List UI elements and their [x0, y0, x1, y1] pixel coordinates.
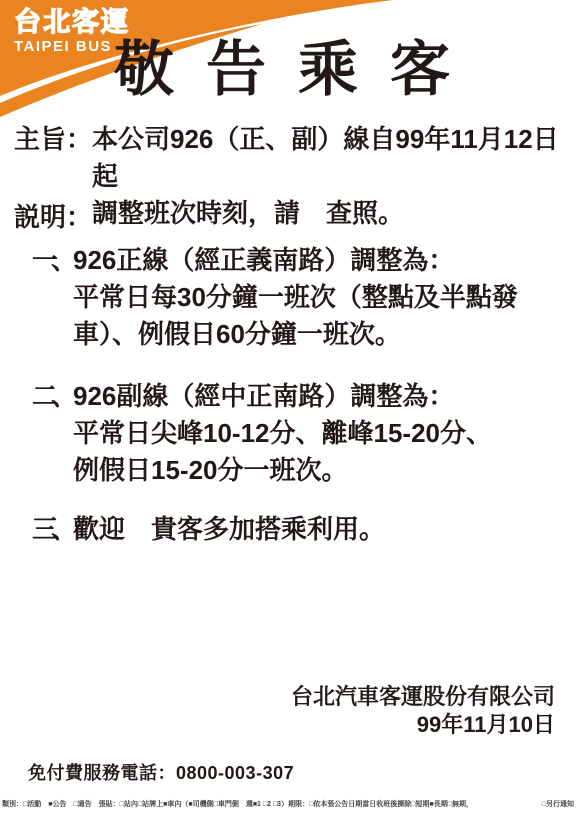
- item-2-line-3: 例假日15-20分一班次。: [73, 452, 492, 489]
- item-2-line-1: 926副線（經中正南路）調整為：: [73, 378, 492, 415]
- list-item-1: 一、 926正線（經正義南路）調整為： 平常日每30分鐘一班次（整點及半點發 車…: [32, 242, 518, 353]
- logo-english-text: TAIPEI BUS: [14, 39, 130, 54]
- signature-date: 99年11月10日: [291, 711, 555, 739]
- page-title: 敬告乘客: [114, 22, 482, 108]
- notice-page: 台北客運 TAIPEI BUS 敬告乘客 主旨： 本公司926（正、副）線自99…: [0, 0, 576, 814]
- explanation-label: 説明：: [14, 199, 92, 236]
- hotline-number: 0800-003-307: [176, 763, 294, 783]
- hotline-label: 免付費服務電話：: [28, 763, 176, 783]
- footer-meta-right: □另行通知: [542, 799, 574, 809]
- item-2-line-2: 平常日尖峰10-12分、離峰15-20分、: [73, 415, 492, 452]
- subject-line-1: 本公司926（正、副）線自99年11月12日起: [92, 121, 576, 195]
- item-1-content: 926正線（經正義南路）調整為： 平常日每30分鐘一班次（整點及半點發 車）、例…: [73, 242, 518, 353]
- subject-block: 主旨： 本公司926（正、副）線自99年11月12日起 調整班次時刻，請 查照。: [14, 121, 576, 232]
- item-1-line-1: 926正線（經正義南路）調整為：: [73, 242, 518, 279]
- item-3-number: 三、: [32, 511, 70, 548]
- signature-block: 台北汽車客運股份有限公司 99年11月10日: [291, 683, 555, 739]
- item-1-number: 一、: [32, 242, 70, 353]
- footer-meta-left: 類別：□活動 ■公告 □通告 張貼：□站內□站牌上■車內（■司機側□車門側 週■…: [2, 799, 473, 809]
- item-2-number: 二、: [32, 378, 70, 489]
- item-1-line-3: 車）、例假日60分鐘一班次。: [73, 316, 518, 353]
- subject-content: 本公司926（正、副）線自99年11月12日起 調整班次時刻，請 查照。: [92, 121, 576, 232]
- logo-chinese-text: 台北客運: [14, 9, 130, 36]
- list-item-3: 三、 歡迎 貴客多加搭乘利用。: [32, 511, 385, 548]
- subject-line-2: 調整班次時刻，請 查照。: [92, 195, 576, 232]
- list-item-2: 二、 926副線（經中正南路）調整為： 平常日尖峰10-12分、離峰15-20分…: [32, 378, 492, 489]
- taipei-bus-logo: 台北客運 TAIPEI BUS: [14, 9, 130, 54]
- hotline-line: 免付費服務電話：0800-003-307: [28, 759, 294, 785]
- item-3-content: 歡迎 貴客多加搭乘利用。: [73, 511, 385, 548]
- company-name: 台北汽車客運股份有限公司: [291, 683, 555, 711]
- footer-meta-line: 類別：□活動 ■公告 □通告 張貼：□站內□站牌上■車內（■司機側□車門側 週■…: [2, 799, 574, 809]
- item-1-line-2: 平常日每30分鐘一班次（整點及半點發: [73, 279, 518, 316]
- item-3-line-1: 歡迎 貴客多加搭乘利用。: [73, 511, 385, 548]
- item-2-content: 926副線（經中正南路）調整為： 平常日尖峰10-12分、離峰15-20分、 例…: [73, 378, 492, 489]
